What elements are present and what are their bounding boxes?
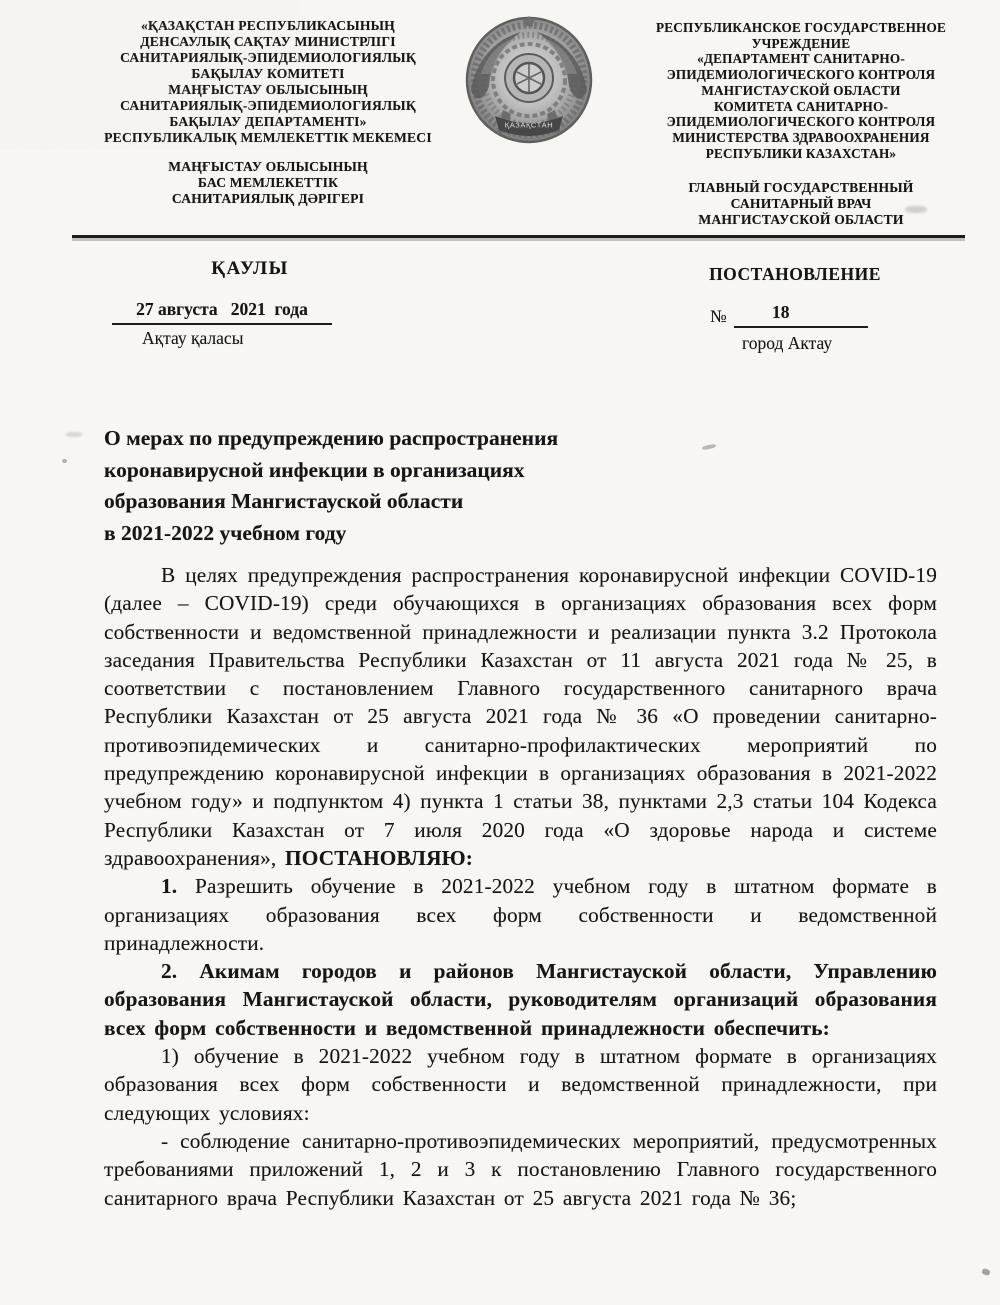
issuer-name-russian: РЕСПУБЛИКАНСКОЕ ГОСУДАРСТВЕННОЕ УЧРЕЖДЕН…: [626, 20, 976, 161]
scan-speck: [62, 459, 67, 463]
letterhead-kazakh-column: «ҚАЗАҚСТАН РЕСПУБЛИКАСЫНЫҢ ДЕНСАУЛЫҚ САҚ…: [72, 18, 464, 206]
preamble-paragraph: В целях предупреждения распространения к…: [104, 561, 937, 872]
item-1-text: Разрешить обучение в 2021-2022 учебном г…: [104, 874, 937, 955]
act-place-kazakh: Ақтау қаласы: [142, 328, 243, 349]
header-divider: [72, 235, 965, 238]
act-number: 18: [734, 302, 868, 328]
act-place-russian: город Актау: [742, 333, 832, 354]
official-title-russian: ГЛАВНЫЙ ГОСУДАРСТВЕННЫЙ САНИТАРНЫЙ ВРАЧ …: [626, 180, 976, 227]
item-1-number: 1.: [161, 874, 177, 898]
act-title-kazakh: ҚАУЛЫ: [130, 258, 370, 280]
kazakhstan-coat-of-arms-icon: ҚАЗАҚСТАН: [457, 14, 601, 156]
item-1-paragraph: 1. Разрешить обучение в 2021-2022 учебно…: [104, 872, 937, 957]
number-sign: №: [710, 306, 727, 327]
resolve-keyword: ПОСТАНОВЛЯЮ:: [285, 846, 473, 870]
scan-smudge: [905, 206, 927, 213]
emblem-caption: ҚАЗАҚСТАН: [505, 121, 554, 130]
issuer-name-kazakh: «ҚАЗАҚСТАН РЕСПУБЛИКАСЫНЫҢ ДЕНСАУЛЫҚ САҚ…: [72, 18, 464, 146]
scan-speck: [981, 1268, 991, 1276]
act-title-russian: ПОСТАНОВЛЕНИЕ: [664, 264, 926, 285]
decree-body: В целях предупреждения распространения к…: [104, 561, 937, 1212]
letterhead-russian-column: РЕСПУБЛИКАНСКОЕ ГОСУДАРСТВЕННОЕ УЧРЕЖДЕН…: [626, 20, 976, 228]
subitem-1-paragraph: 1) обучение в 2021-2022 учебном году в ш…: [104, 1042, 937, 1127]
scan-smudge: [66, 432, 82, 437]
item-2-paragraph: 2. Акимам городов и районов Мангистауско…: [104, 957, 937, 1042]
scanned-decree-page: «ҚАЗАҚСТАН РЕСПУБЛИКАСЫНЫҢ ДЕНСАУЛЫҚ САҚ…: [0, 0, 1000, 1305]
preamble-text: В целях предупреждения распространения к…: [104, 563, 937, 870]
act-date: 27 августа 2021 года: [112, 299, 332, 325]
decree-subject-title: О мерах по предупреждению распространени…: [104, 423, 704, 549]
dash-item-paragraph: - соблюдение санитарно-противоэпидемичес…: [104, 1127, 937, 1212]
official-title-kazakh: МАҢҒЫСТАУ ОБЛЫСЫНЫҢ БАС МЕМЛЕКЕТТІК САНИ…: [72, 159, 464, 206]
